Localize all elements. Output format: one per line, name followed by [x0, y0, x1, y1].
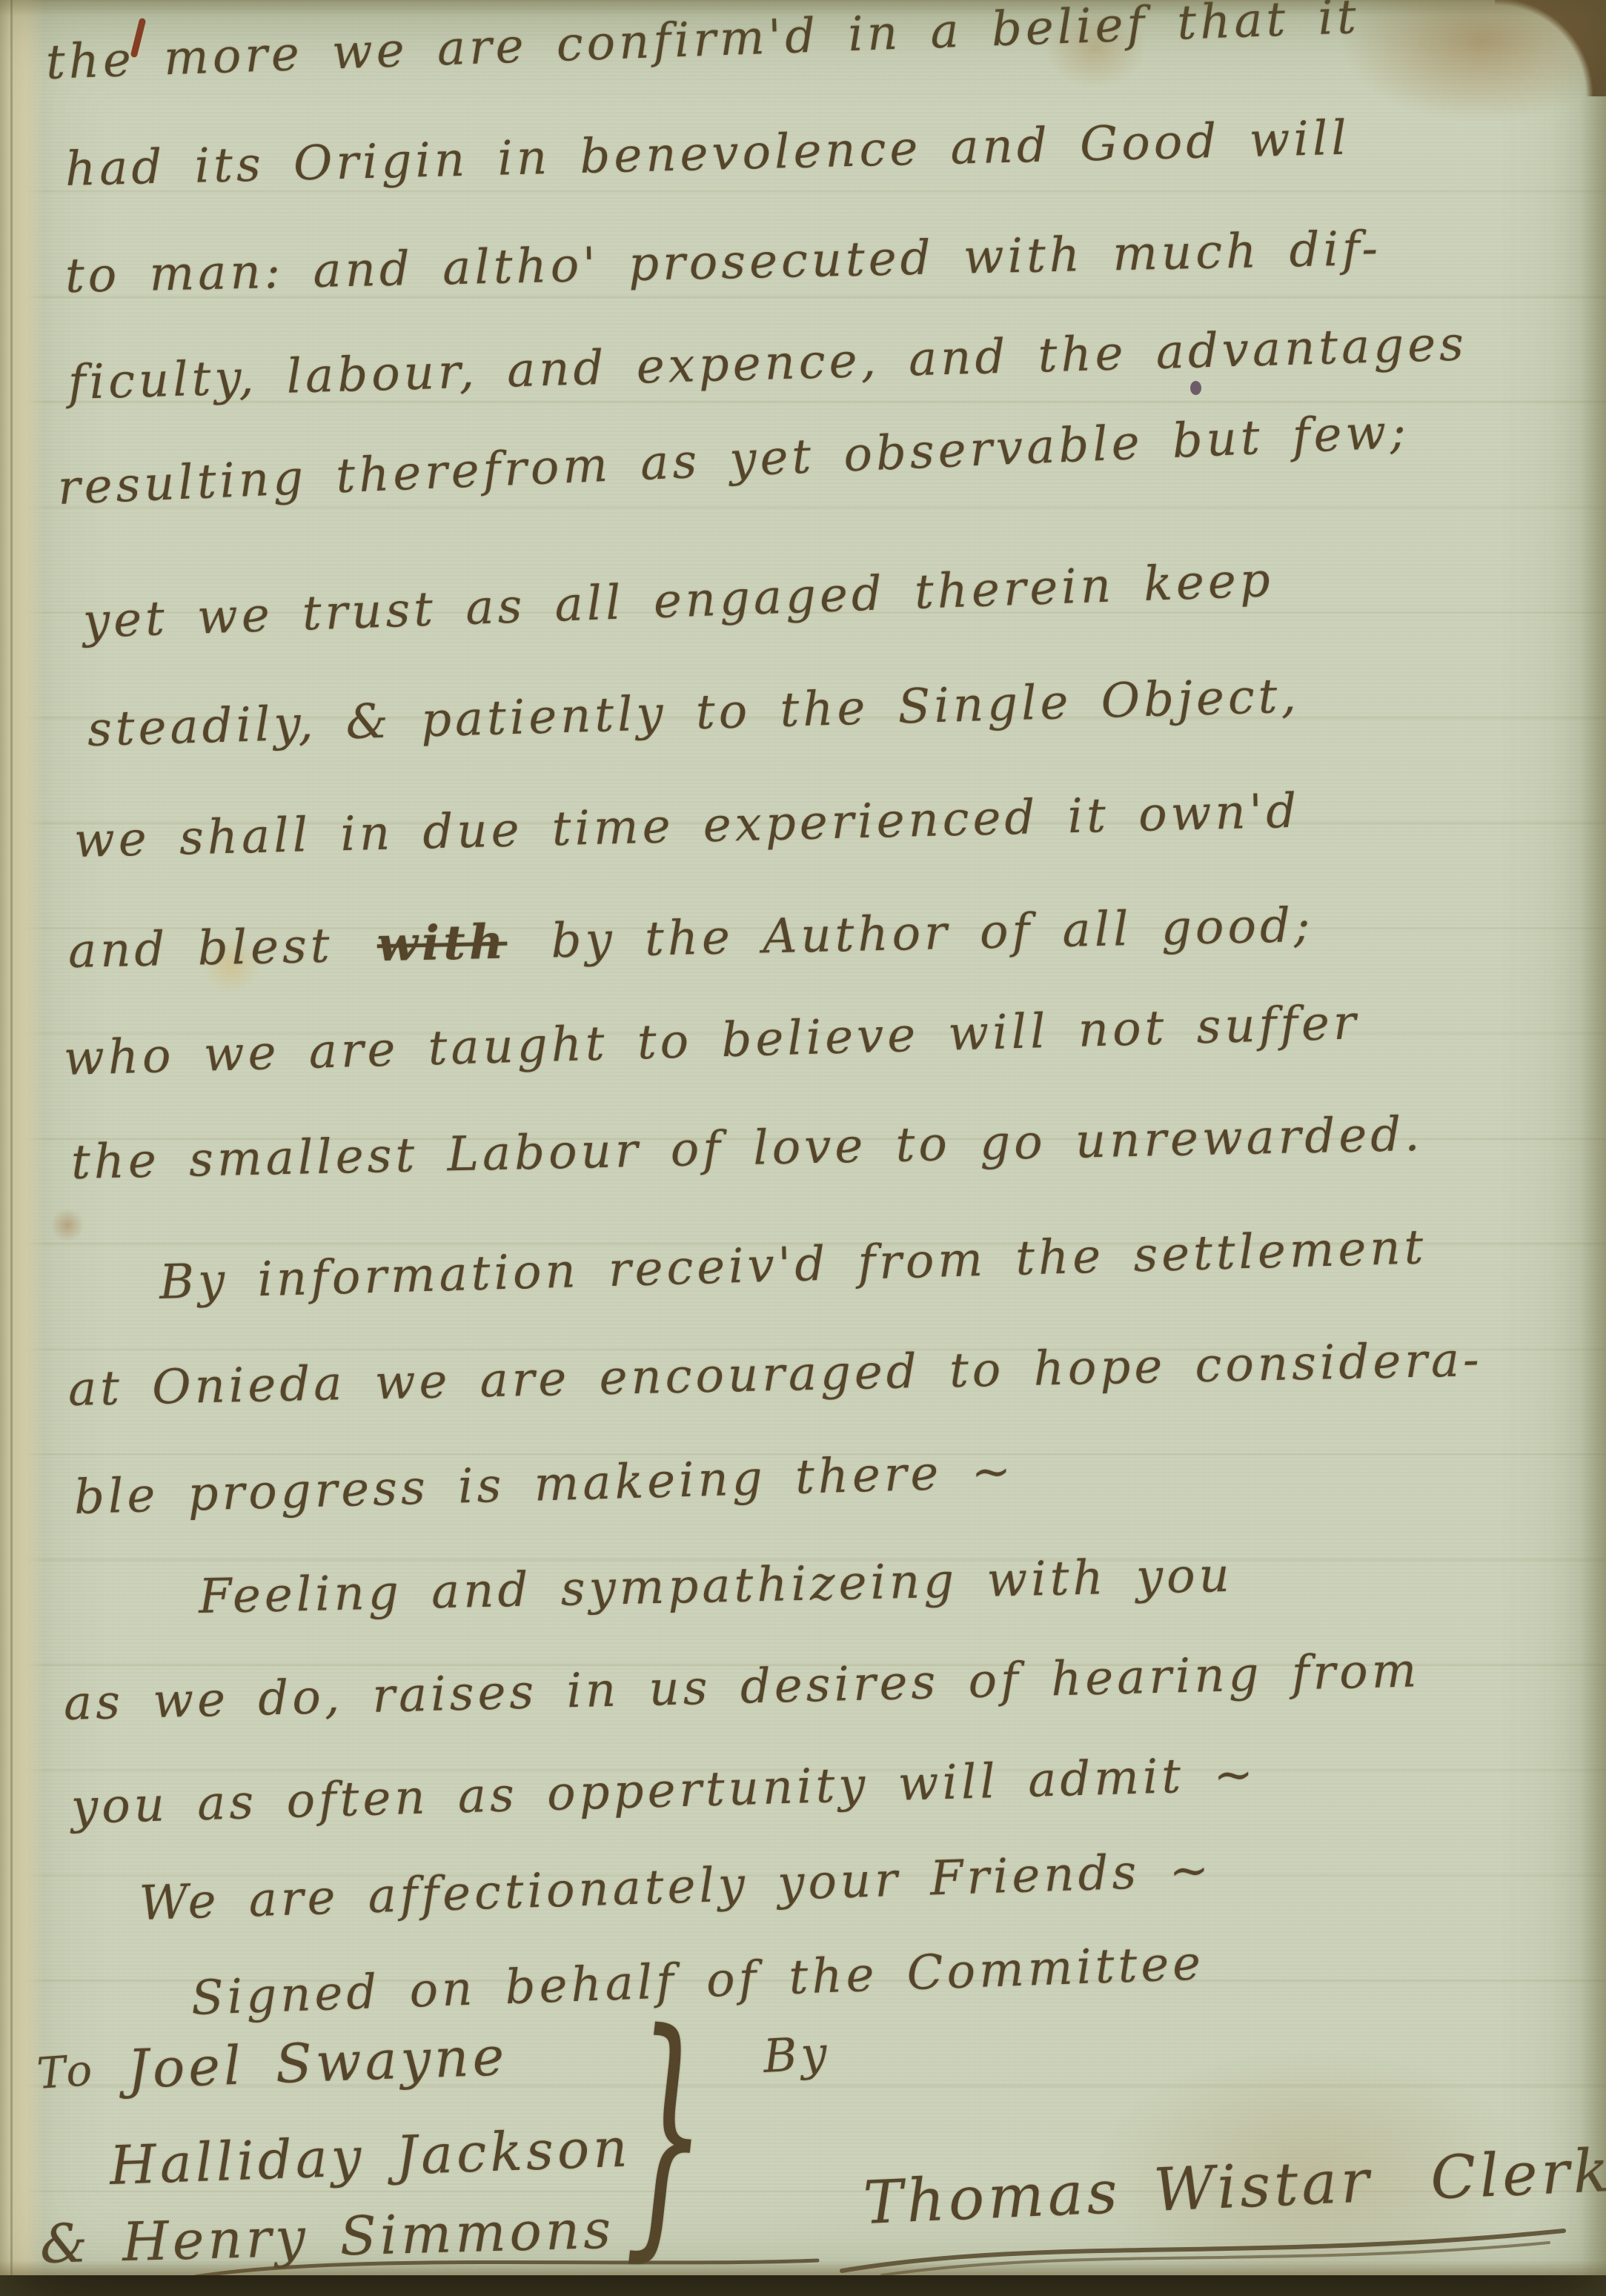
struck-word: with [376, 915, 508, 973]
letter-line: you as often as oppertunity will admit ~ [70, 1747, 1258, 1835]
letter-line: had its Origin in benevolence and Good w… [64, 111, 1351, 197]
bottom-edge-fade [0, 2260, 1606, 2277]
page-right-shadow [1581, 0, 1606, 2296]
scan-bottom-bar [0, 2275, 1606, 2296]
letter-line: at Onieda we are encouraged to hope cons… [67, 1333, 1483, 1417]
ink-spot [1190, 381, 1201, 395]
letter-line: resulting therefrom as yet observable bu… [56, 405, 1410, 516]
letter-line: By information receiv'd from the settlem… [159, 1220, 1427, 1310]
letter-line: who we are taught to believe will not su… [63, 995, 1360, 1086]
signature: Thomas Wistar Clerk [862, 2136, 1606, 2237]
to-label: To [36, 2045, 98, 2099]
signature-title: Clerk [1429, 2136, 1606, 2213]
binding-edge [0, 0, 44, 2296]
letter-line: the smallest Labour of love to go unrewa… [70, 1107, 1424, 1190]
by-label: By [762, 2025, 832, 2083]
letter-line: ficulty, labour, and expence, and the ad… [67, 316, 1468, 411]
letter-line: yet we trust as all engaged therein keep [82, 553, 1275, 649]
letter-line: to man: and altho' prosecuted with much … [64, 222, 1382, 304]
addressee-name: Halliday Jackson [109, 2116, 632, 2197]
letter-line: as we do, raises in us desires of hearin… [63, 1643, 1421, 1731]
letter-line: Feeling and sympathizeing with you [198, 1548, 1233, 1625]
line-pre-text: and blest [67, 919, 334, 979]
letter-line-with-correction: and blest with by the Author of all good… [67, 898, 1314, 979]
stain [50, 1208, 84, 1242]
line-post-text: by the Author of all good; [551, 898, 1314, 969]
letter-line: We are affectionately your Friends ~ [139, 1843, 1213, 1931]
signature-name: Thomas Wistar [862, 2146, 1374, 2237]
letter-line: we shall in due time experienced it own'… [73, 784, 1301, 869]
letter-line: ble progress is makeing there ~ [73, 1444, 1015, 1525]
letter-line: steadily, & patiently to the Single Obje… [87, 668, 1301, 757]
closing-brace: } [624, 1998, 712, 2269]
addressee-name: Joel Swayne [127, 2025, 509, 2100]
top-right-corner [1495, 0, 1606, 96]
binding-crease [10, 0, 13, 2296]
manuscript-page: the more we are confirm'd in a belief th… [0, 0, 1606, 2296]
